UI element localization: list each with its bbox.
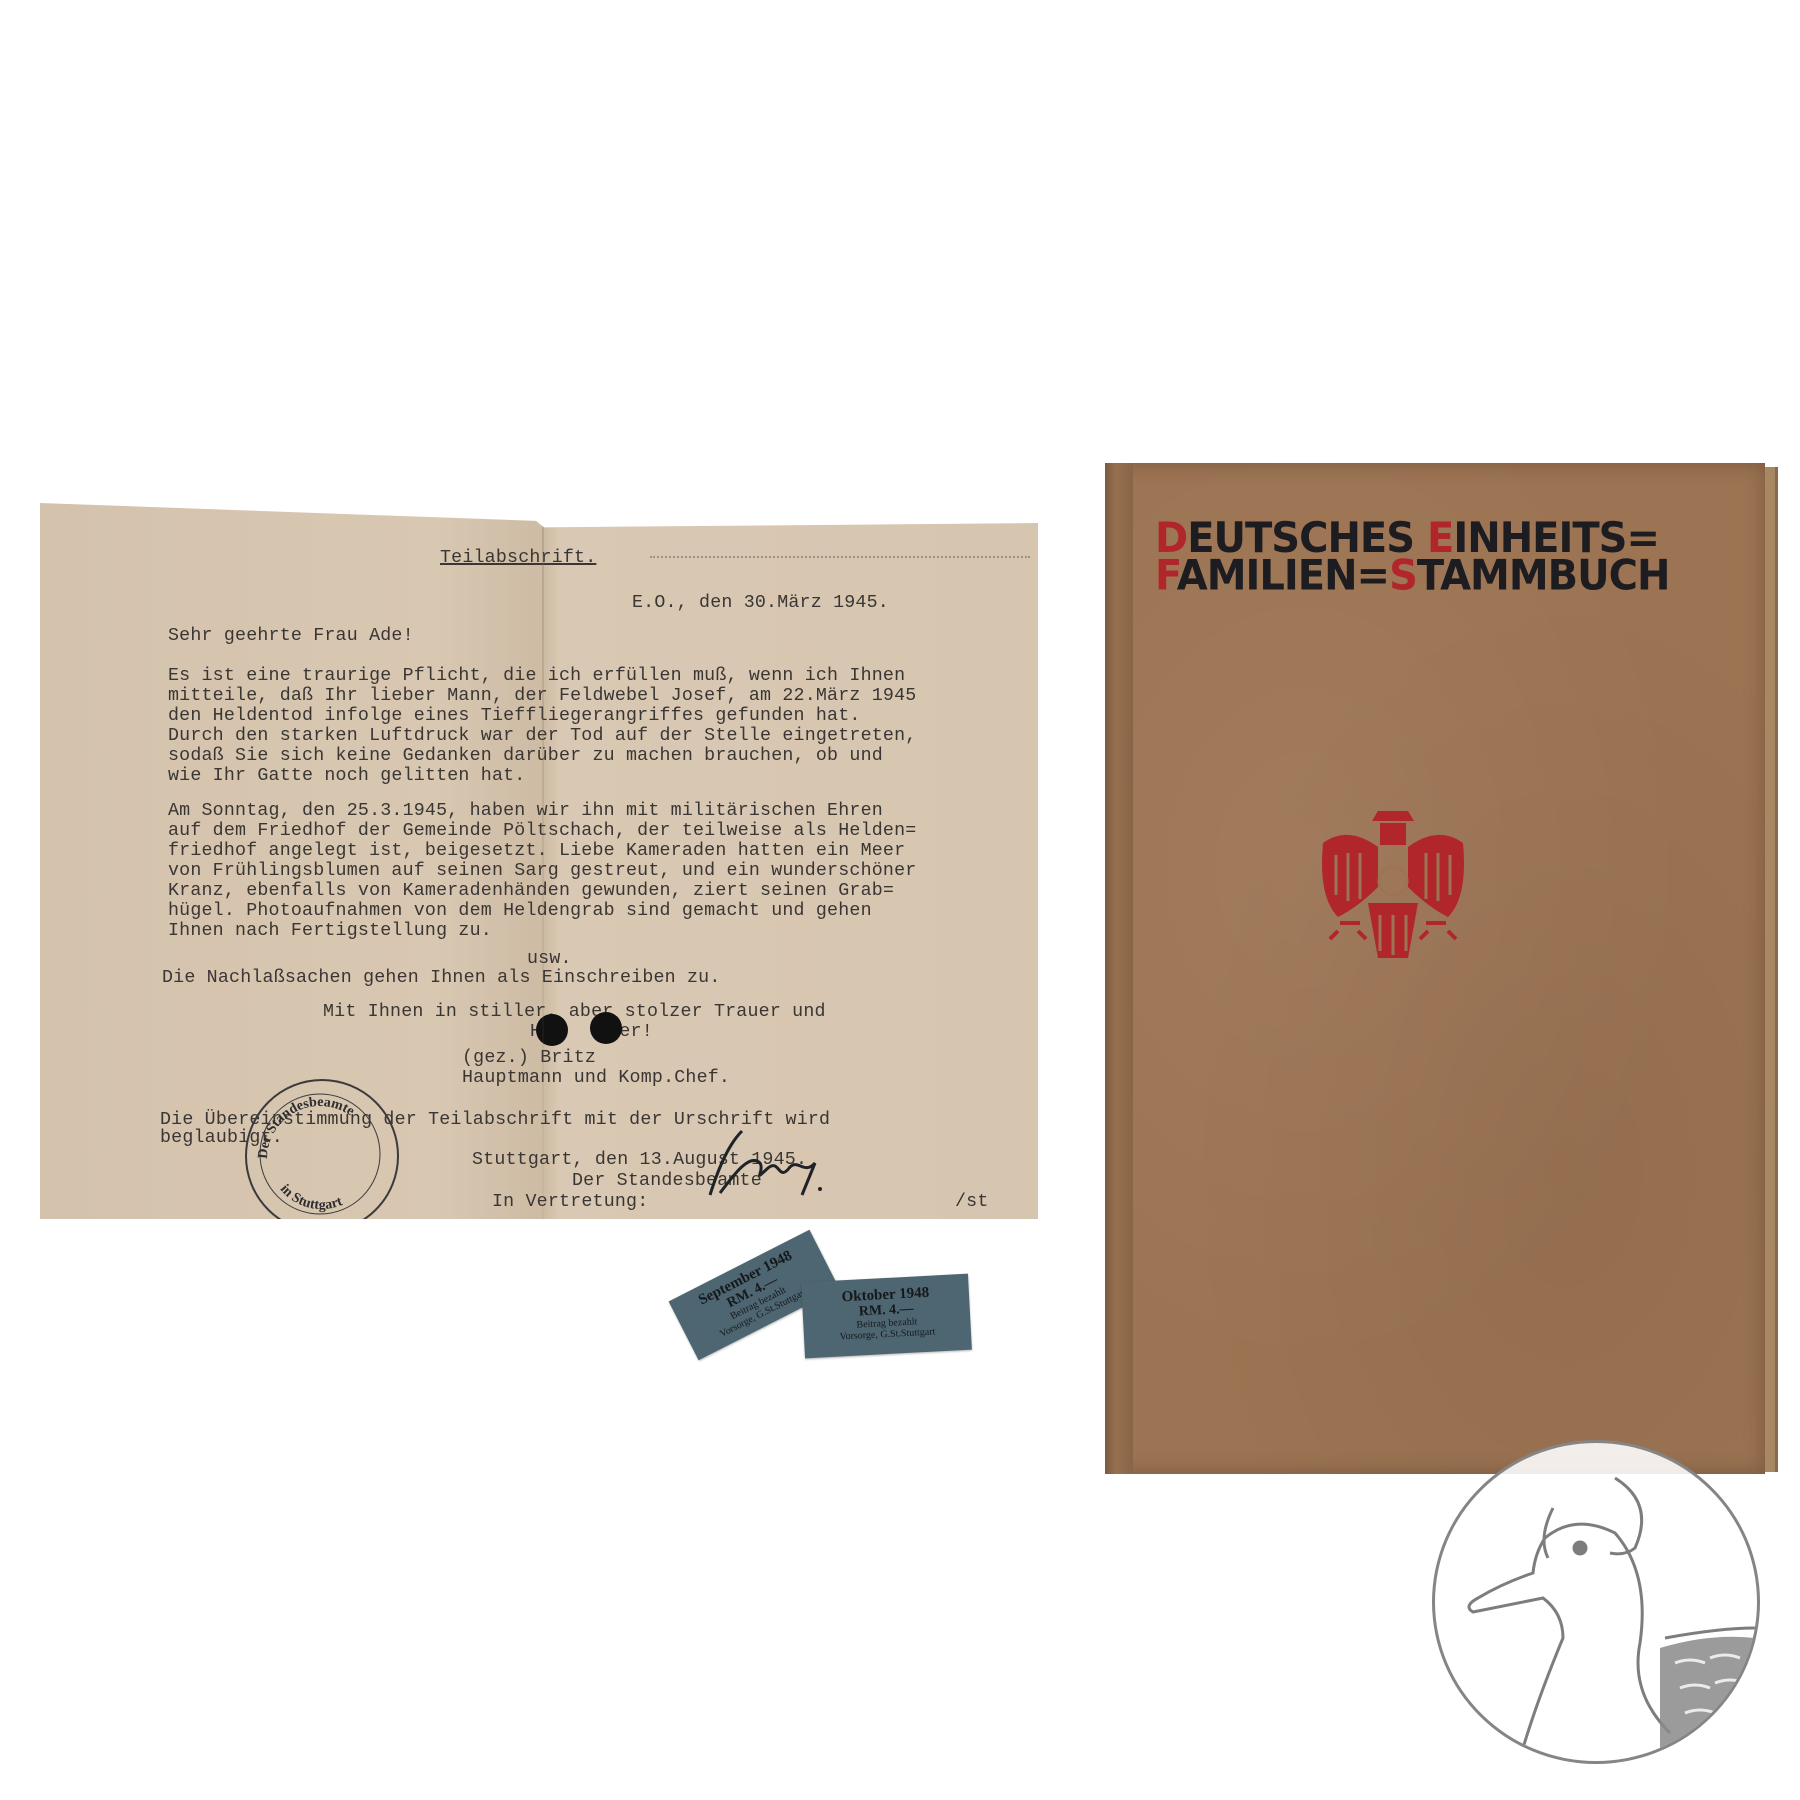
letter-line: den Heldentod infolge eines Tieffliegera… [168, 706, 916, 726]
letter-line: wie Ihr Gatte noch gelitten hat. [168, 766, 916, 786]
letter-line: mitteile, daß Ihr lieber Mann, der Feldw… [168, 686, 916, 706]
book-spine [1105, 463, 1133, 1474]
letter-place-date: E.O., den 30.März 1945. [632, 593, 889, 613]
letter-heading: Teilabschrift. [440, 548, 596, 568]
letter-document: Teilabschrift. E.O., den 30.März 1945. S… [40, 503, 1038, 1219]
svg-text:Der Standesbeamte: Der Standesbeamte [256, 1095, 357, 1159]
svg-text:in Stuttgart: in Stuttgart [277, 1182, 345, 1213]
letter-line: Ihnen nach Fertigstellung zu. [168, 921, 916, 941]
letter-salutation: Sehr geehrte Frau Ade! [168, 626, 414, 646]
letter-line: hügel. Photoaufnahmen von dem Heldengrab… [168, 901, 916, 921]
payment-tag-october: Oktober 1948 RM. 4.— Beitrag bezahlt Vor… [801, 1274, 972, 1359]
letter-line: Am Sonntag, den 25.3.1945, haben wir ihn… [168, 801, 916, 821]
signature-icon [690, 1123, 870, 1203]
heading-dotted-line [650, 556, 1030, 558]
letter-line: friedhof angelegt ist, beigesetzt. Liebe… [168, 841, 916, 861]
typist-initials: /st [955, 1192, 989, 1212]
letter-estate-note: Die Nachlaßsachen gehen Ihnen als Einsch… [162, 968, 721, 988]
eagle-crest-icon [1318, 803, 1468, 963]
registrar-stamp: Der Standesbeamte in Stuttgart [245, 1079, 399, 1233]
censor-dot [536, 1014, 568, 1046]
book-title-line-2: FAMILIEN=STAMMBUCH [1155, 557, 1755, 595]
letter-usw: usw. [527, 949, 572, 969]
letter-signed: (gez.) Britz [462, 1048, 596, 1068]
deputy-label: In Vertretung: [492, 1192, 648, 1212]
letter-paragraph-2: Am Sonntag, den 25.3.1945, haben wir ihn… [168, 801, 916, 941]
letter-closing-1: Mit Ihnen in stiller, aber stolzer Traue… [323, 1002, 826, 1022]
letter-line: Durch den starken Luftdruck war der Tod … [168, 726, 916, 746]
letter-paragraph-1: Es ist eine traurige Pflicht, die ich er… [168, 666, 916, 786]
horned-duck-icon [1432, 1440, 1760, 1764]
letter-line: sodaß Sie sich keine Gedanken darüber zu… [168, 746, 916, 766]
letter-line: von Frühlingsblumen auf seinen Sarg gest… [168, 861, 916, 881]
letter-line: Es ist eine traurige Pflicht, die ich er… [168, 666, 916, 686]
censor-dot [590, 1012, 622, 1044]
family-register-book: DEUTSCHES EINHEITS= FAMILIEN=STAMMBUCH [1105, 463, 1765, 1474]
letter-rank: Hauptmann und Komp.Chef. [462, 1068, 730, 1088]
book-title: DEUTSCHES EINHEITS= FAMILIEN=STAMMBUCH [1155, 519, 1755, 595]
letter-line: auf dem Friedhof der Gemeinde Pöltschach… [168, 821, 916, 841]
letter-line: Kranz, ebenfalls von Kameradenhänden gew… [168, 881, 916, 901]
